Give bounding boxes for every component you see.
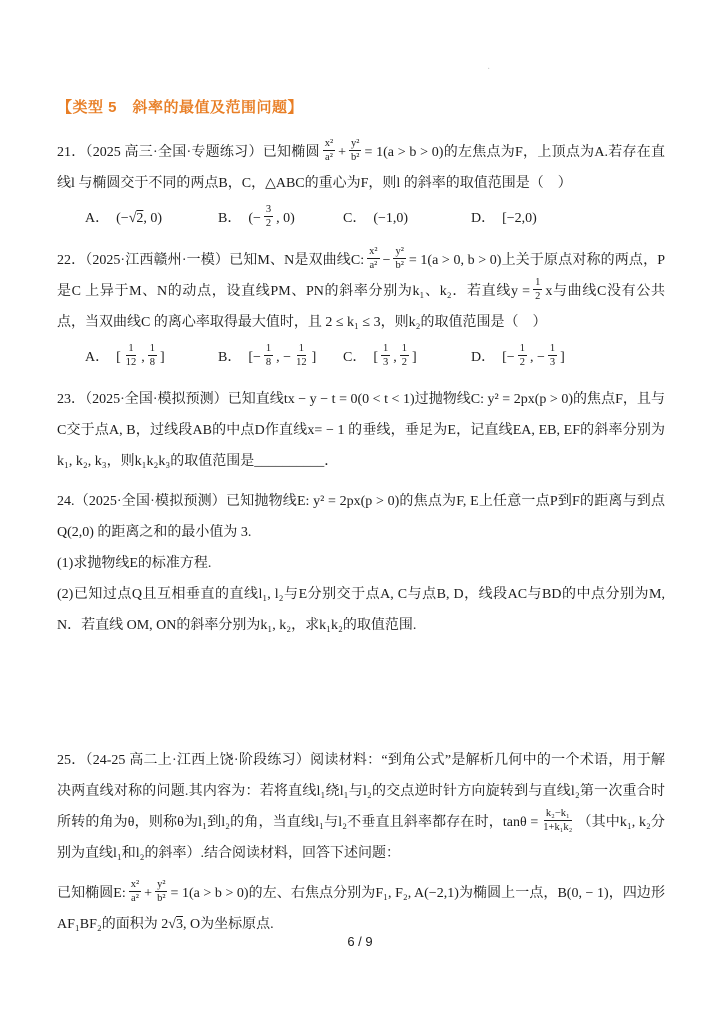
problem-23-statement: 23．（2025·全国·模拟预测）已知直线tx − y − t = 0(0 < … (57, 384, 665, 477)
option-value: [13,12] (373, 350, 416, 365)
option-value: [−12, −13] (502, 350, 565, 365)
option-21-d: D．[−2,0) (471, 202, 665, 236)
problem-22-options: A．[112,18] B．[−18, −112] C．[13,12] D．[−1… (85, 341, 665, 375)
section-heading: 【类型 5 斜率的最值及范围问题】 (57, 96, 665, 117)
option-label: D． (471, 211, 495, 226)
fraction: k₂−k₁1+k₁k₂ (541, 807, 574, 834)
fraction: 112 (294, 342, 309, 369)
problem-24-part2: (2)已知过点Q且互相垂直的直线l₁, l₂与E分别交于点A, C与点B, D，… (57, 579, 665, 641)
option-value: [−2,0) (502, 211, 537, 226)
fraction: 12 (518, 342, 527, 369)
option-label: D． (471, 350, 495, 365)
fraction: 13 (381, 342, 390, 369)
square-root: √2 (129, 211, 144, 226)
fraction: 13 (548, 342, 557, 369)
problem-25-given: 已知椭圆E:x²a²+y²b²= 1(a > b > 0)的左、右焦点分别为F₁… (57, 878, 665, 940)
fraction: 12 (533, 276, 542, 303)
fraction: x²a² (323, 137, 335, 164)
option-value: [−18, −112] (248, 350, 316, 365)
fraction: 18 (148, 342, 157, 369)
page-number: 6 / 9 (0, 934, 720, 949)
fraction: 12 (400, 342, 409, 369)
document-body: 【类型 5 斜率的最值及范围问题】 21．（2025 高三·全国·专题练习）已知… (57, 96, 665, 940)
option-value: (−32, 0) (248, 211, 294, 226)
worksheet-page: · 【类型 5 斜率的最值及范围问题】 21．（2025 高三·全国·专题练习）… (0, 0, 720, 1018)
option-21-b: B．(−32, 0) (218, 202, 343, 236)
problem-24-part1: (1)求抛物线E的标准方程. (57, 548, 665, 579)
print-artifact-dot: · (487, 64, 490, 75)
problem-25-material: 25．（24-25 高二上·江西上饶·阶段练习）阅读材料：“到角公式”是解析几何… (57, 745, 665, 869)
option-22-b: B．[−18, −112] (218, 341, 343, 375)
vertical-gap (57, 641, 665, 745)
option-label: A． (85, 350, 109, 365)
problem-21-options: A．(−√2, 0) B．(−32, 0) C．(−1,0) D．[−2,0) (85, 202, 665, 236)
option-label: A． (85, 211, 109, 226)
square-root: √3 (168, 917, 183, 932)
fraction: y²b² (155, 878, 167, 905)
option-label: C． (343, 211, 366, 226)
option-22-c: C．[13,12] (343, 341, 471, 375)
problem-22-statement: 22．（2025·江西赣州·一模）已知M、N是双曲线C:x²a²−y²b²= 1… (57, 245, 665, 338)
option-value: (−1,0) (373, 211, 408, 226)
option-value: (−√2, 0) (116, 211, 162, 226)
fraction: y²b² (393, 245, 405, 272)
problem-21-statement: 21．（2025 高三·全国·专题练习）已知椭圆x²a²+y²b²= 1(a >… (57, 137, 665, 199)
option-22-d: D．[−12, −13] (471, 341, 665, 375)
fraction: 32 (264, 203, 273, 230)
fraction: y²b² (349, 137, 361, 164)
fraction: x²a² (367, 245, 379, 272)
option-21-a: A．(−√2, 0) (85, 202, 218, 236)
option-value: [112,18] (116, 350, 165, 365)
fraction: 18 (264, 342, 273, 369)
fraction: x²a² (129, 878, 141, 905)
option-21-c: C．(−1,0) (343, 202, 471, 236)
option-22-a: A．[112,18] (85, 341, 218, 375)
problem-24-statement: 24.（2025·全国·模拟预测）已知抛物线E: y² = 2px(p > 0)… (57, 486, 665, 548)
option-label: B． (218, 211, 241, 226)
option-label: C． (343, 350, 366, 365)
fraction: 112 (124, 342, 139, 369)
option-label: B． (218, 350, 241, 365)
